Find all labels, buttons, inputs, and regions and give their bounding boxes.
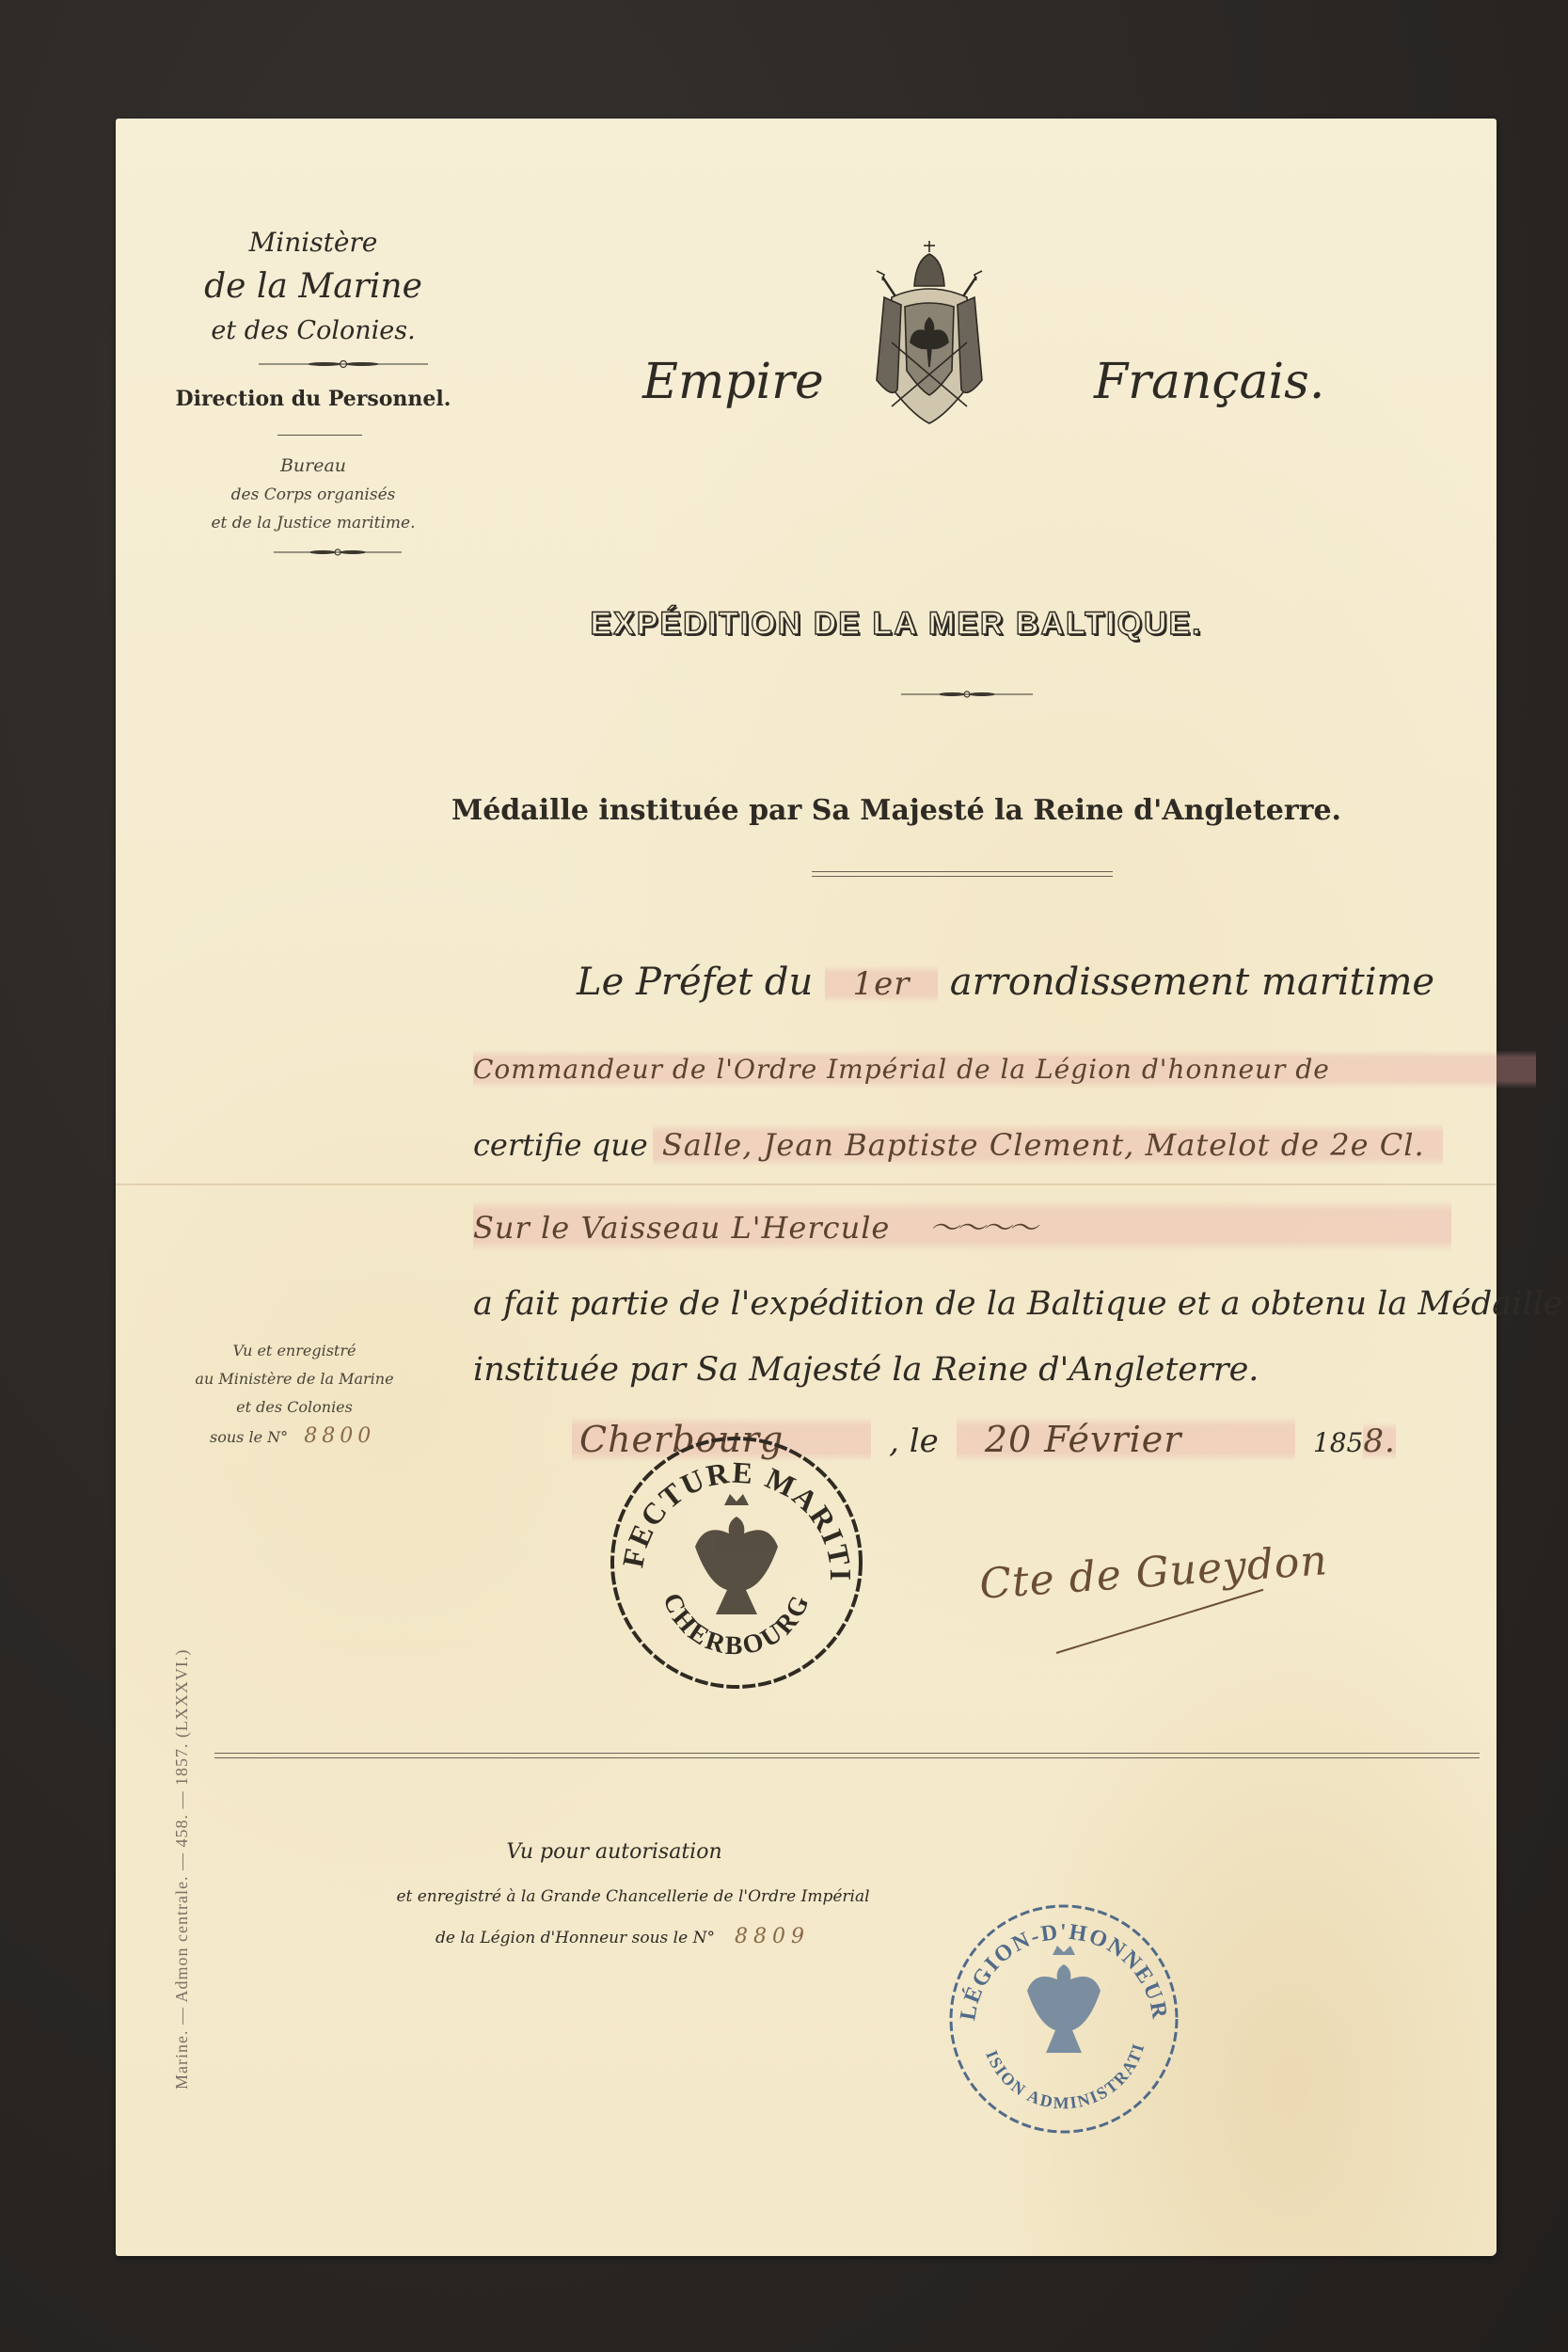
body-line3: certifie que Salle, Jean Baptiste Clemen… <box>473 1123 1443 1167</box>
arrondissement-number-field: 1er <box>825 965 938 1003</box>
imperial-coat-of-arms-icon <box>863 239 995 427</box>
date-field: 20 Février <box>957 1417 1295 1462</box>
legion-registration-label: de la Légion d'Honneur sous le N° <box>436 1929 715 1947</box>
certifie-que-label: certifie que <box>473 1127 648 1163</box>
prefet-label: Le Préfet du <box>577 961 813 1004</box>
ministry-line3: et des Colonies. <box>153 316 473 345</box>
expedition-heading: EXPÉDITION DE LA MER BALTIQUE. <box>492 606 1301 643</box>
bureau-line3: et de la Justice maritime. <box>153 514 473 532</box>
prefecture-maritime-stamp: PREFECTURE MARITIME (CHERBOURG) <box>600 1426 873 1699</box>
double-rule <box>812 871 1113 877</box>
year-suffix-field: 8. <box>1363 1422 1395 1460</box>
bureau-label: Bureau <box>153 455 473 476</box>
ornament-divider <box>274 548 402 557</box>
arrondissement-label: arrondissement maritime <box>950 961 1434 1004</box>
legion-honneur-stamp: LÉGION-D'HONNEUR DIVISION ADMINISTRATIVE <box>942 1897 1186 2141</box>
short-rule <box>277 435 362 436</box>
body-line6: instituée par Sa Majesté la Reine d'Angl… <box>473 1351 1259 1389</box>
registration-line1: Vu et enregistré <box>172 1342 417 1359</box>
registration-line4: sous le N° 8800 <box>210 1424 375 1448</box>
fill-flourish: 〜〜〜〜 <box>929 1210 1035 1246</box>
registration-line2: au Ministère de la Marine <box>153 1370 436 1388</box>
bureau-line2: des Corps organisés <box>153 485 473 504</box>
title-francais: Français. <box>1094 354 1324 410</box>
year-prefix: 185 <box>1313 1427 1363 1458</box>
ship-field: Sur le Vaisseau L'Hercule 〜〜〜〜 <box>473 1200 1451 1251</box>
certificate-paper: Ministère de la Marine et des Colonies. … <box>116 119 1497 2256</box>
direction-du-personnel: Direction du Personnel. <box>153 387 473 411</box>
sous-le-no-label: sous le N° <box>210 1428 288 1446</box>
printer-imprint: Marine. — Admon centrale. — 458. — 1857.… <box>172 1649 192 2090</box>
ornament-divider <box>259 359 428 369</box>
registration-line3: et des Colonies <box>172 1398 417 1416</box>
signature: Cte de Gueydon <box>978 1536 1330 1609</box>
recipient-name-field: Salle, Jean Baptiste Clement, Matelot de… <box>653 1123 1443 1167</box>
ministry-registration-number: 8800 <box>304 1424 375 1448</box>
footer-line3: de la Légion d'Honneur sous le N° 8809 <box>436 1925 810 1948</box>
paper-fold-line <box>116 1184 1497 1185</box>
date-separator: , le <box>889 1422 939 1460</box>
ship-name: Sur le Vaisseau L'Hercule <box>473 1210 890 1246</box>
legion-registration-number: 8809 <box>735 1925 810 1948</box>
title-empire: Empire <box>642 354 824 410</box>
ornament-divider <box>901 690 1033 699</box>
footer-line2: et enregistré à la Grande Chancellerie d… <box>370 1887 896 1906</box>
ministry-line1: Ministère <box>153 227 473 258</box>
ministry-line2: de la Marine <box>153 267 473 306</box>
body-line5: a fait partie de l'expédition de la Balt… <box>473 1285 1562 1323</box>
section-separator <box>214 1753 1480 1758</box>
prefet-title-field: Commandeur de l'Ordre Impérial de la Lég… <box>473 1050 1536 1089</box>
footer-line1: Vu pour autorisation <box>492 1840 736 1864</box>
body-line1: Le Préfet du 1er arrondissement maritime <box>577 961 1434 1004</box>
medal-heading: Médaille instituée par Sa Majesté la Rei… <box>398 794 1395 827</box>
